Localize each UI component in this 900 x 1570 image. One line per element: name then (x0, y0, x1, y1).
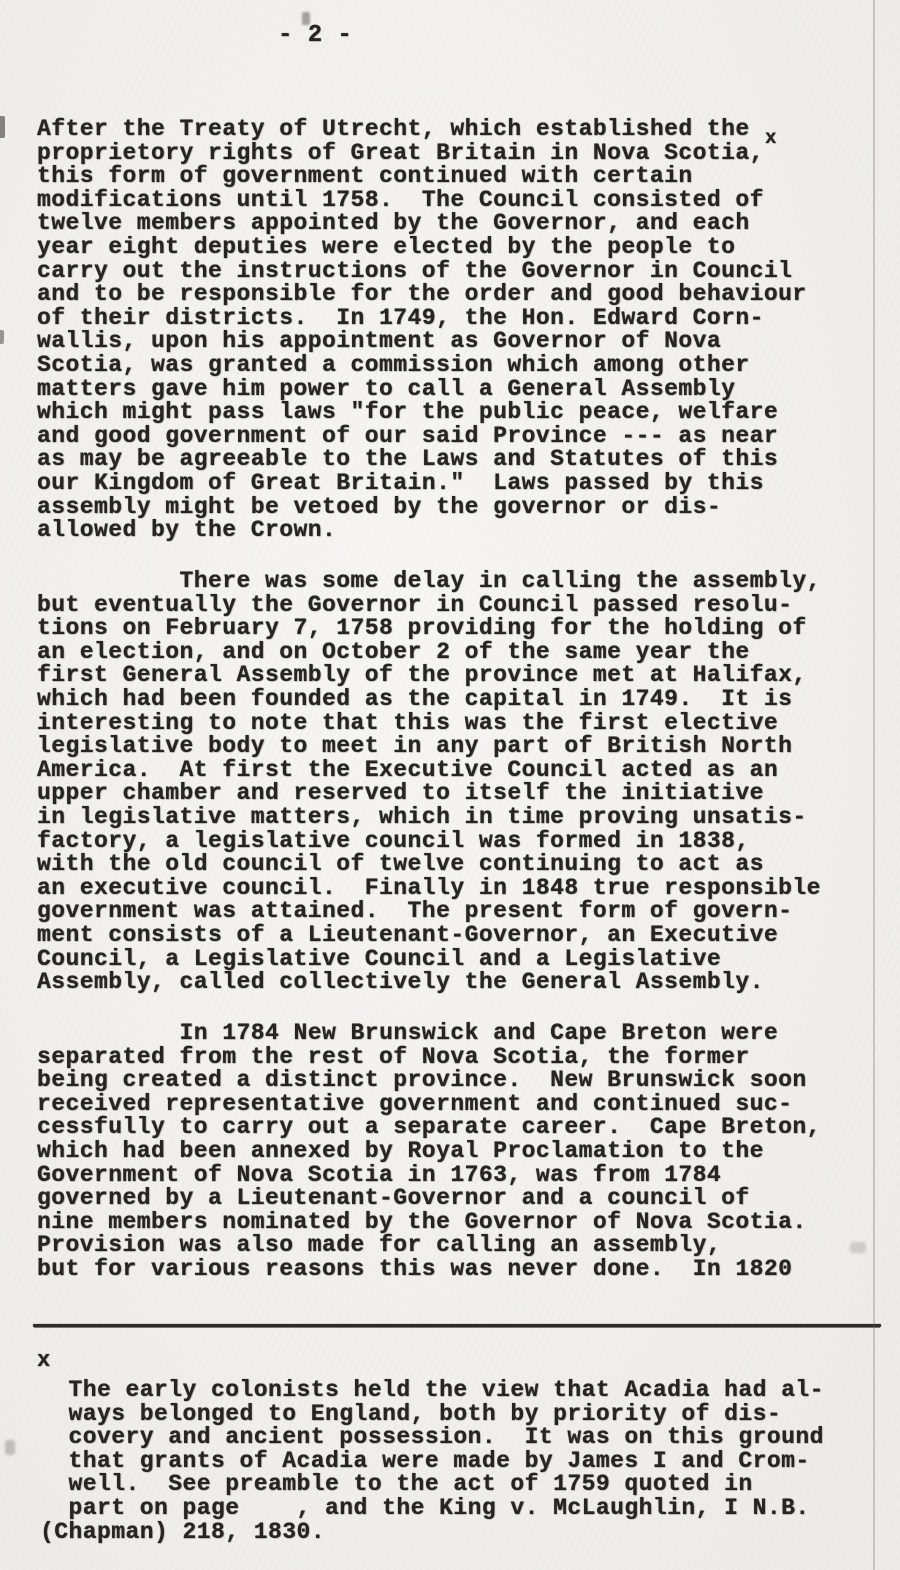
scan-edge-line (873, 0, 875, 1570)
paragraph-treaty-of-utrecht: After the Treaty of Utrecht, which estab… (37, 118, 867, 543)
scan-artifact-left-2 (0, 330, 4, 344)
scan-artifact-left-1 (0, 116, 5, 138)
scan-artifact-header (302, 12, 310, 25)
footnote-text: The early colonists held the view that A… (40, 1379, 880, 1544)
footnote-separator-rule (33, 1324, 881, 1327)
scan-artifact-right (850, 1242, 866, 1253)
scan-artifact-margin (5, 1440, 15, 1455)
paragraph-first-assembly: There was some delay in calling the asse… (37, 570, 877, 995)
footnote-marker: x (37, 1349, 51, 1373)
paragraph-new-brunswick-cape-breton: In 1784 New Brunswick and Cape Breton we… (37, 1022, 877, 1282)
page-number: - 2 - (278, 24, 352, 48)
document-page: - 2 - After the Treaty of Utrecht, which… (0, 0, 900, 1570)
footnote-reference-marker: x (765, 129, 777, 148)
